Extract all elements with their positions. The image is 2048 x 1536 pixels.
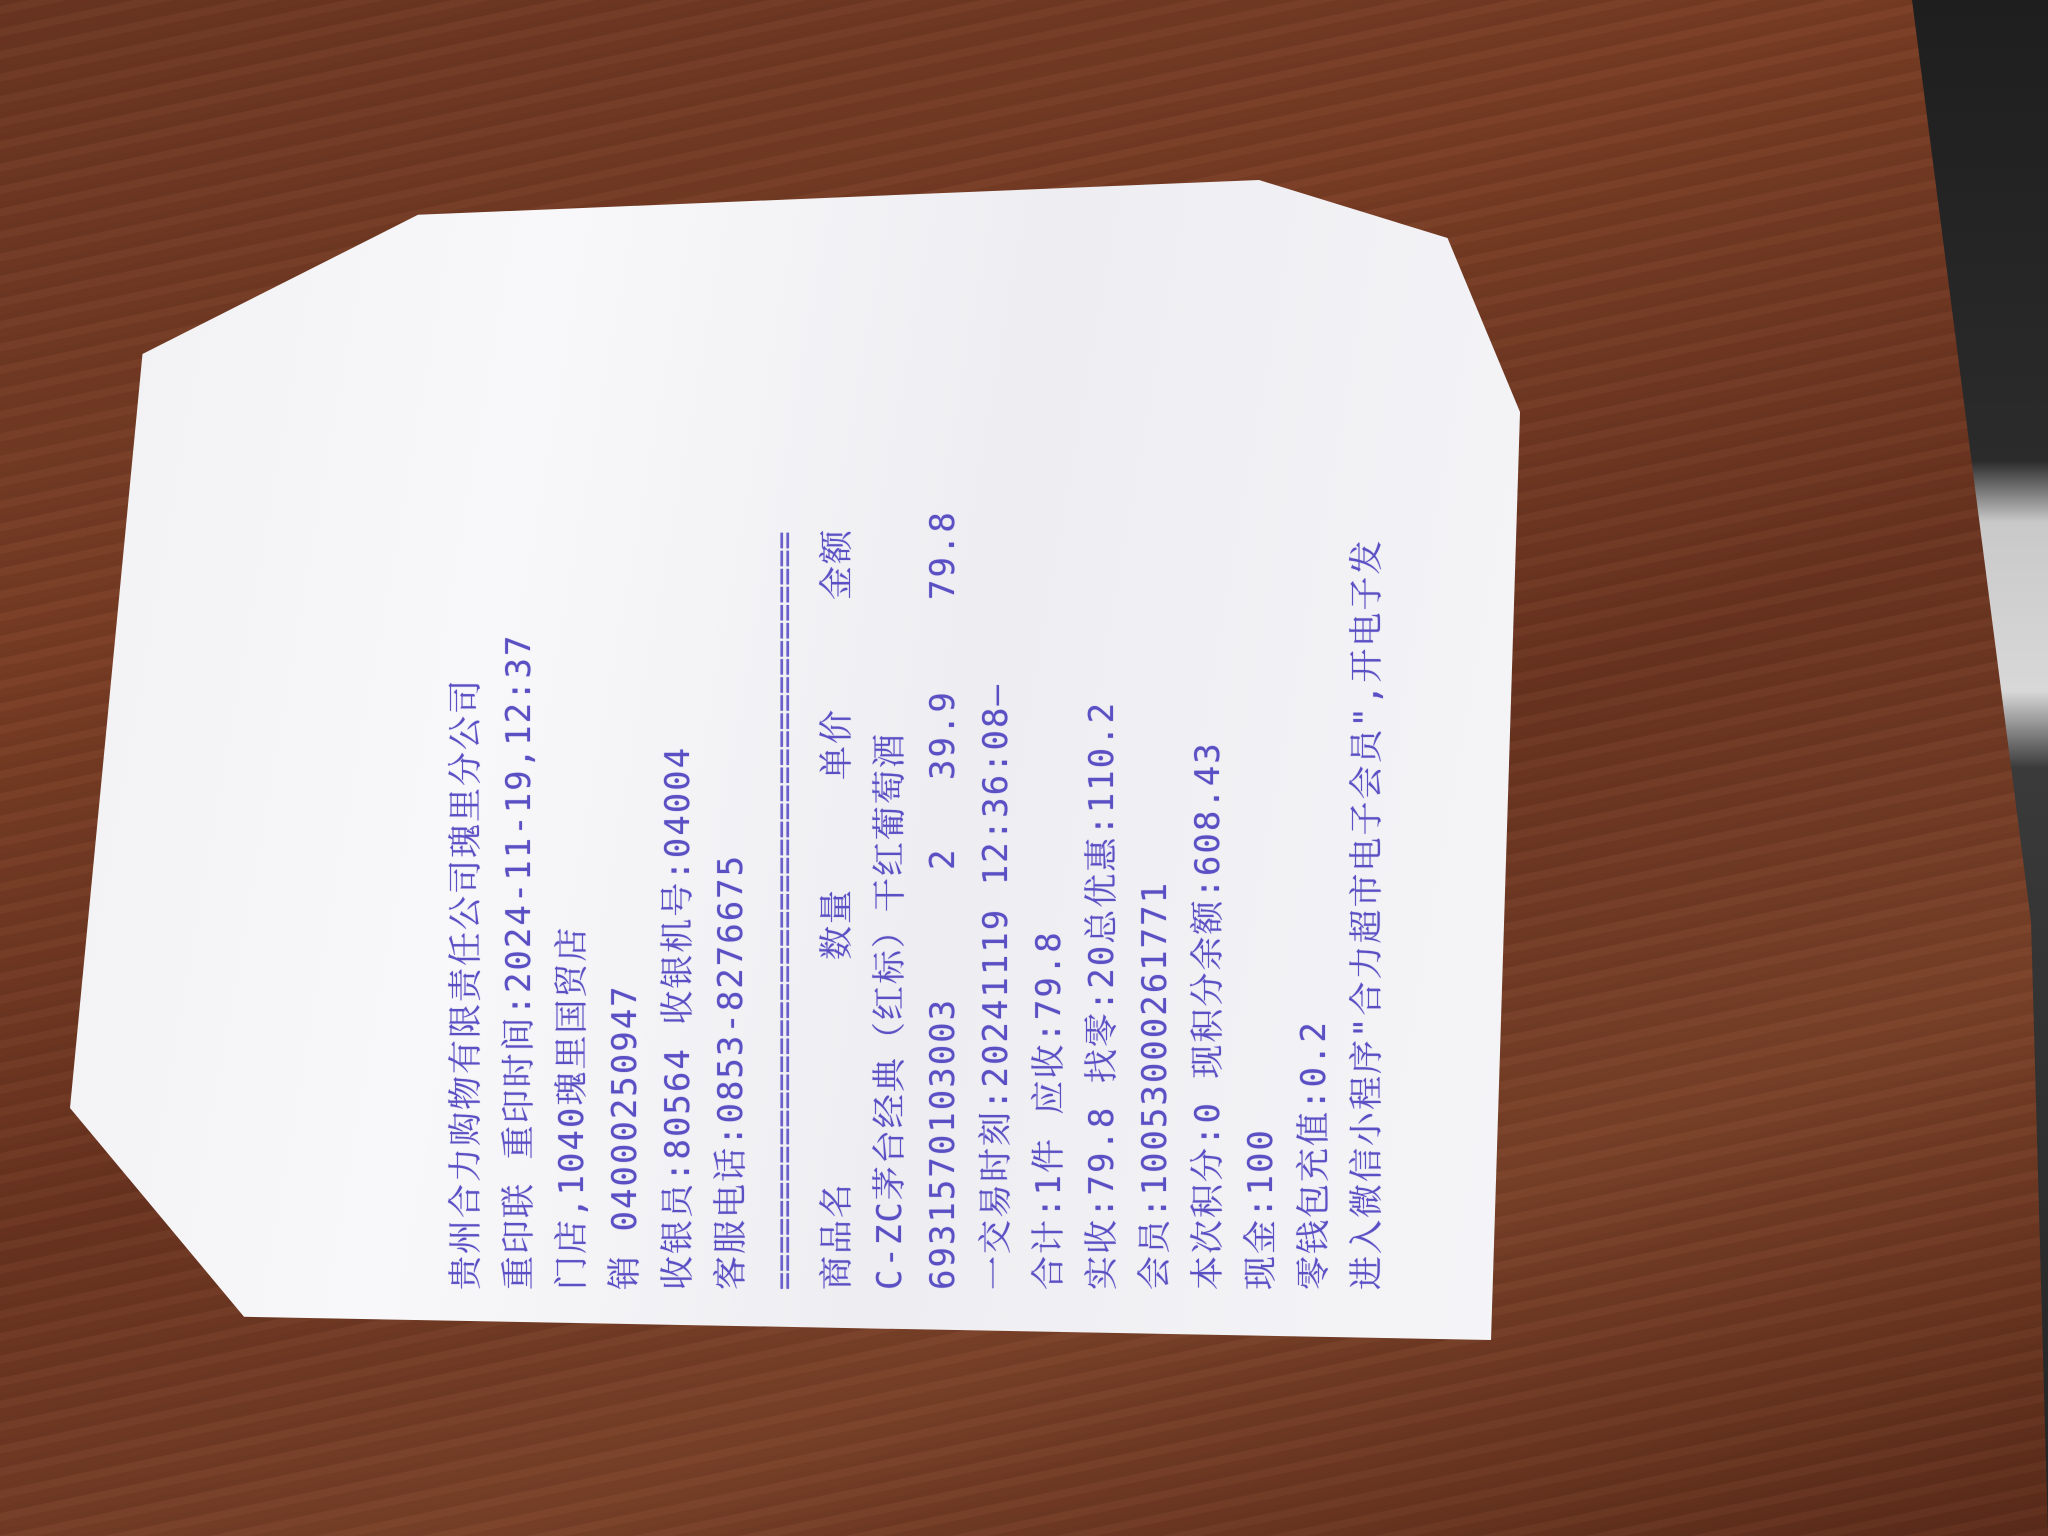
- item-price: 39.9: [917, 600, 970, 780]
- header-qty: 数量: [811, 780, 864, 960]
- wallet-topup: 零钱包充值:0.2: [1288, 390, 1341, 1290]
- separator: ========================================…: [758, 390, 811, 1290]
- header-name: 商品名: [811, 960, 864, 1290]
- trade-time: 一交易时刻:20241119 12:36:08—: [970, 390, 1023, 1290]
- sales-number: 销 04000250947: [599, 390, 652, 1290]
- points: 本次积分:0 现积分余额:608.43: [1182, 390, 1235, 1290]
- item-name: C-ZC茅台经典（红标）干红葡萄酒: [864, 390, 917, 1290]
- header-price: 单价: [811, 600, 864, 780]
- item-row: 6931570103003 2 39.9 79.8: [917, 390, 970, 1290]
- paid-line: 实收:79.8 找零:20总优惠:110.2: [1076, 390, 1129, 1290]
- header-amount: 金额: [811, 440, 864, 600]
- item-barcode: 6931570103003: [917, 870, 970, 1290]
- promo-text: 进入微信小程序"合力超市电子会员",开电子发: [1341, 390, 1394, 1290]
- store-name: 门店,1040瑰里国贸店: [546, 390, 599, 1290]
- hotline: 客服电话:0853-8276675: [705, 390, 758, 1290]
- receipt-text: 贵州合力购物有限责任公司瑰里分公司 重印联 重印时间:2024-11-19,12…: [440, 390, 1394, 1290]
- total-line: 合计:1件 应收:79.8: [1023, 390, 1076, 1290]
- cash: 现金:100: [1235, 390, 1288, 1290]
- company-name: 贵州合力购物有限责任公司瑰里分公司: [440, 390, 493, 1290]
- item-qty: 2: [917, 780, 970, 870]
- cashier-info: 收银员:80564 收银机号:04004: [652, 390, 705, 1290]
- table-header: 商品名 数量 单价 金额: [811, 390, 864, 1290]
- reprint-info: 重印联 重印时间:2024-11-19,12:37: [493, 390, 546, 1290]
- member-id: 会员:10053000261771: [1129, 390, 1182, 1290]
- item-amount: 79.8: [917, 440, 970, 600]
